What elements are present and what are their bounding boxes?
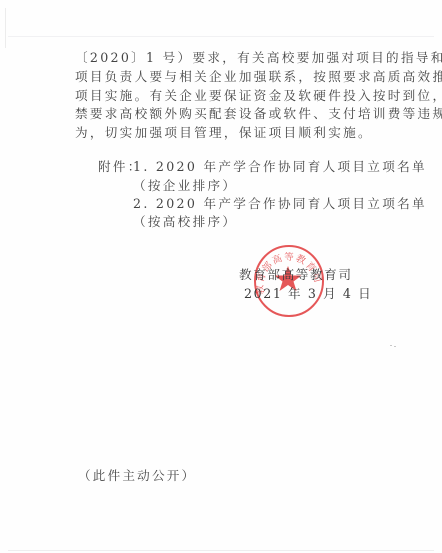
attachment-subtitle: （按高校排序） xyxy=(133,215,237,229)
body-line: 禁要求高校额外购买配套设备或软件、支付培训费等违规行 xyxy=(75,107,442,121)
issuer-name: 教育部高等教育司 xyxy=(239,268,353,282)
body-line: 〔2020〕1 号）要求，有关高校要加强对项目的指导和管理， xyxy=(75,51,442,65)
attachment-title: 1. 2020 年产学合作协同育人项目立项名单 xyxy=(133,160,427,174)
attachment-title: 2. 2020 年产学合作协同育人项目立项名单 xyxy=(133,197,427,211)
attachment-subtitle: （按企业排序） xyxy=(133,179,237,193)
body-line: 项目负责人要与相关企业加强联系，按照要求高质高效推进 xyxy=(75,70,442,84)
scan-artifact-line xyxy=(8,36,434,37)
disclosure-note: （此件主动公开） xyxy=(78,469,196,483)
body-line: 项目实施。有关企业要保证资金及软硬件投入按时到位，严 xyxy=(75,89,442,103)
scan-speck xyxy=(390,345,392,346)
scan-edge-mark xyxy=(5,8,6,48)
body-line: 为，切实加强项目管理，保证项目顺利实施。 xyxy=(75,126,373,140)
scan-artifact-line xyxy=(8,550,434,551)
scan-speck xyxy=(394,346,396,347)
issue-date: 2021 年 3 月 4 日 xyxy=(244,287,372,301)
document-page: 〔2020〕1 号）要求，有关高校要加强对项目的指导和管理， 项目负责人要与相关… xyxy=(0,0,442,553)
